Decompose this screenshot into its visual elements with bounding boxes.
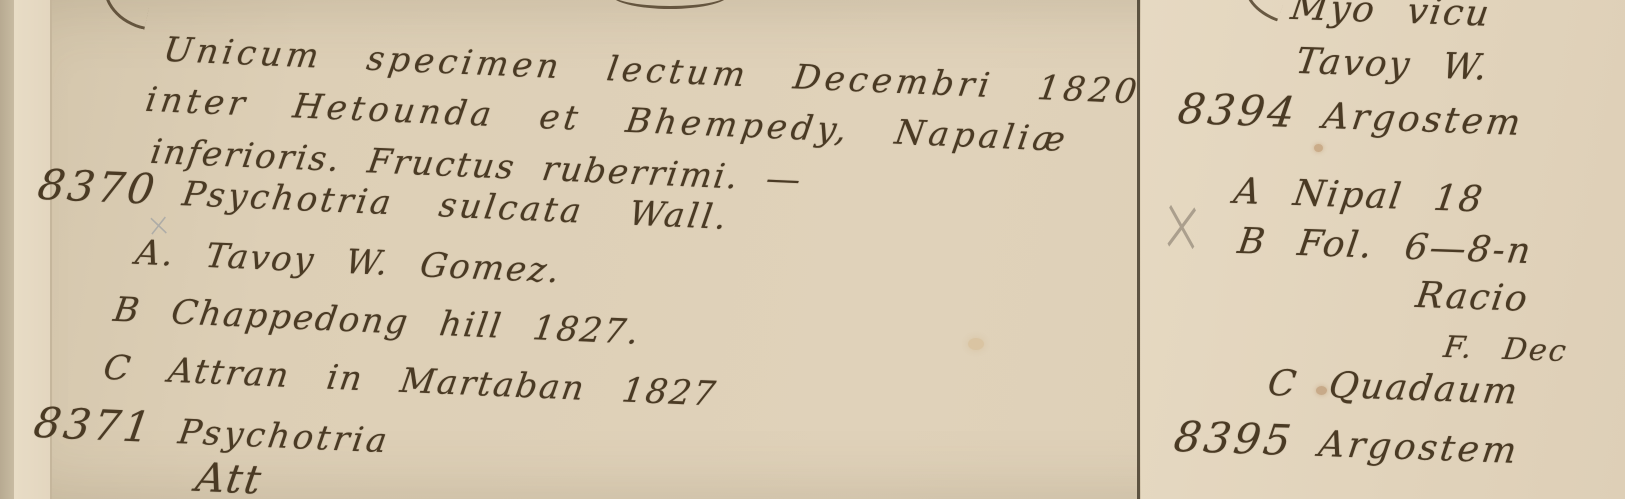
cutoff-stroke — [610, 0, 730, 9]
locality-a-line: A. Tavoy W. Gomez. — [133, 225, 565, 292]
cutoff-bottom-line: Att — [193, 452, 267, 499]
locality-c-line-right: C Quadaum — [1265, 356, 1523, 414]
note-text: Att — [193, 455, 266, 499]
species-name: Argostem — [1316, 424, 1522, 472]
locality-a-line-right: A Nipal 18 — [1231, 164, 1487, 222]
note-text: Myo vicu — [1288, 0, 1493, 35]
pencil-x-over-letter-a: × — [145, 205, 173, 245]
right-locality-line: Tavoy W. — [1293, 34, 1492, 90]
locality-text: A Nipal 18 — [1231, 171, 1486, 221]
manuscript-scan: Unicum specimen lectum Decembri 1820 int… — [0, 0, 1625, 499]
entry-number: 8370 — [35, 160, 161, 214]
locality-text: B Fol. 6—8-n — [1235, 221, 1535, 272]
paper-stain — [968, 338, 984, 350]
locality-text: A. Tavoy W. Gomez. — [133, 233, 564, 291]
paper-stain — [1316, 386, 1327, 395]
cutoff-stroke — [96, 0, 152, 30]
locality-text: C Quadaum — [1265, 363, 1522, 413]
pencil-x-mark: × — [1158, 177, 1206, 274]
note-fragment: Racio — [1413, 268, 1533, 321]
species-name: Argostem — [1320, 96, 1526, 144]
entry-number: 8395 — [1171, 412, 1297, 465]
note-text: Racio — [1413, 275, 1531, 320]
book-edge — [0, 0, 14, 499]
paper-stain — [1314, 144, 1323, 152]
locality-text: Tavoy W. — [1293, 41, 1491, 89]
entry-number: 8371 — [31, 398, 157, 452]
entry-number: 8394 — [1175, 84, 1301, 137]
locality-b-line-right: B Fol. 6—8-n — [1235, 214, 1536, 273]
